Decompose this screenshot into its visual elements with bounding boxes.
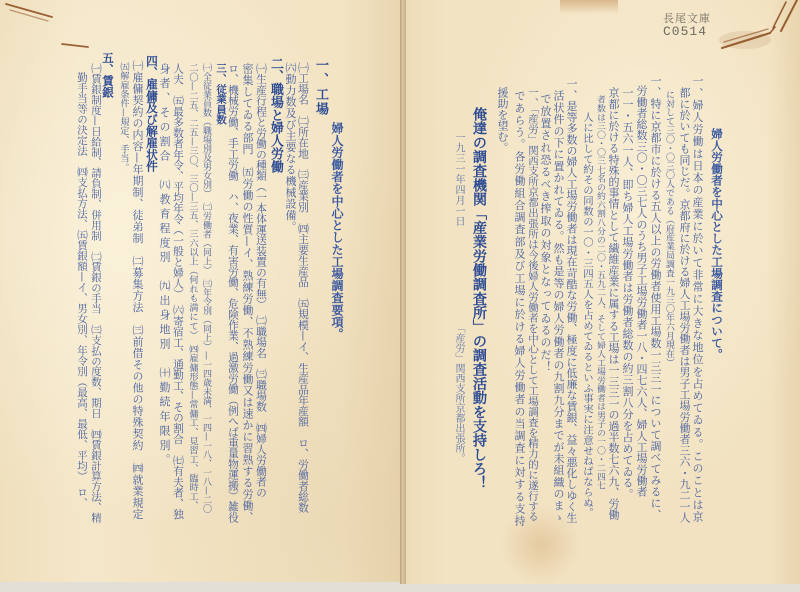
section-heading: 三、従業員数 bbox=[212, 63, 228, 125]
text-column: 一、特に京都市に於ける五人以上の労働者使用工場数一三三一について調べてみるに、 bbox=[648, 75, 662, 520]
section-heading: 一、工場 bbox=[312, 58, 328, 117]
section-heading: 四、雇傭及び解雇状件 bbox=[144, 55, 160, 172]
stamp-catalog-number: C0514 bbox=[663, 25, 711, 39]
text-column: 人夫 ㈤最多数者年令、平均年令（一般と婦人） ㈥寄宿工、通勤工、その割合 ㈦有夫… bbox=[171, 63, 185, 525]
right-page-title: 婦人労働者を中心とした工場調査について。 bbox=[709, 128, 725, 360]
text-column: ロ、機械労働、手工労働 ハ、夜業、有害労働、危険作業、過激労働（例へば重量物運搬… bbox=[226, 63, 240, 523]
text-column: ㈠全従業員数（職場別及男女別） ㈡労働者（同上） ㈢年令別（同上）—一四歳未満、… bbox=[199, 63, 213, 522]
archive-stamp: 長尾文庫 C0514 bbox=[663, 12, 711, 39]
text-column: 援助を望む。 bbox=[495, 87, 509, 153]
text-column: ㈠賃銀制度—日給制、請負制、併用制 ㈡賃銀の手当 ㈢支払の度数、期日 ㈣賃銀計算… bbox=[88, 63, 102, 523]
text-column: ㈠雇傭契約の内容—年期制、徒弟制 ㈡募集方法 ㈢前借その他の特殊契約 ㈣就業規定 bbox=[130, 60, 144, 520]
slogan: 俺達の調査機関「産業労働調査所」の調査活動を支持しろ！ bbox=[470, 107, 488, 490]
left-page-title: 婦人労働者を中心とした工場調査要項。 bbox=[329, 122, 345, 340]
text-column: 一、「産労」関西支所京都出張所は今後婦人労働者を中心として工場調査を精力的に遂行… bbox=[525, 87, 539, 527]
text-column: に対して三〇・〇三〇人である（府産業局調査一九三〇年六月現在） bbox=[662, 90, 676, 367]
section-heading: 五、賃銀 bbox=[100, 52, 116, 98]
text-column: ㈠工場名 ㈡所在地 ㈢産業別 ㈣主要生産品 ㈤規模—イ、生産品年産額 ロ、労働者… bbox=[296, 62, 310, 513]
section-heading: 二、職場と婦人労働 bbox=[267, 57, 283, 173]
text-column: 労働者総数三〇・〇三七人のうち男子工場労働者一八・四七六人、婦人工場労働者 bbox=[634, 85, 648, 497]
text-column: 一、是等多数の婦人工場労働者は現在苛酷な労働、極度に低廉な賃銀、益々悪化しゆく生 bbox=[564, 78, 578, 523]
text-column: 二〇—二五、二五—三〇、三〇—三五、三六以上（何れも満にて） ㈣雇傭形態—常傭工… bbox=[185, 63, 199, 515]
text-column: 京都に於ける特殊的事情として繊維産業に属する工場は一三三一の過半数七六九、労働 bbox=[606, 87, 620, 520]
text-column: 勤手当等の決定法 ㈣支払方法、㈤賃銀額—イ、男女別、年令別（最高、最低、平均） … bbox=[75, 72, 89, 513]
text-column: ㈠生産行程と労働の種類（一本体運送装置の有無） ㈡職場名 ㈢職場数 ㈣婦人労働者… bbox=[254, 63, 268, 503]
text-column: 者数は三〇・〇三七名の約六割八分の二〇・五九二人、そして婦人工場労働者は男子の一… bbox=[593, 95, 607, 490]
date-line: 一九三一年四月一日 bbox=[451, 132, 465, 227]
text-column: 都に於いても同じだ。京都府に於ける婦人工場労働者は男子工場労働者三六・九二一人 bbox=[677, 87, 691, 523]
text-column: 一、婦人労働は日本の産業に於いて非常に大きな地位を占めてゐる。このことは京 bbox=[690, 75, 704, 523]
text-column: ㈤解雇条件—規定、手当。 bbox=[116, 62, 130, 172]
text-column: 密集してゐる部門 ㈤労働の性質—イ、熟練労働、不熟練労働又は速かに習熟する労働、 bbox=[240, 63, 254, 523]
text-column: で放置され恐るべき搾取の対象となってゐるのだ！ bbox=[538, 93, 552, 373]
text-column: ㈥動力数及び主要なる機械設備。 bbox=[283, 62, 297, 232]
text-column: 人に比して約その同数の一〇・三四五人を占めてゐるといふ事実に注意せねばならぬ。 bbox=[580, 112, 594, 518]
text-column: であらう。各労働組合調査部及び工場に於ける婦人労働者の当調査に対する支持 bbox=[512, 90, 526, 527]
paper-stain bbox=[560, 0, 618, 14]
text-column: 活状件の下に置かれてゐる。然も是等の婦人労働者の九割九分までが未組織のまゝ bbox=[551, 90, 565, 523]
text-column: 一一・五六一人、即ち婦人工場労働者は労働者総数の約三割八分を占めてゐる。 bbox=[620, 87, 634, 500]
signature: 「産労」関西支所京都出張所。 bbox=[451, 323, 465, 463]
